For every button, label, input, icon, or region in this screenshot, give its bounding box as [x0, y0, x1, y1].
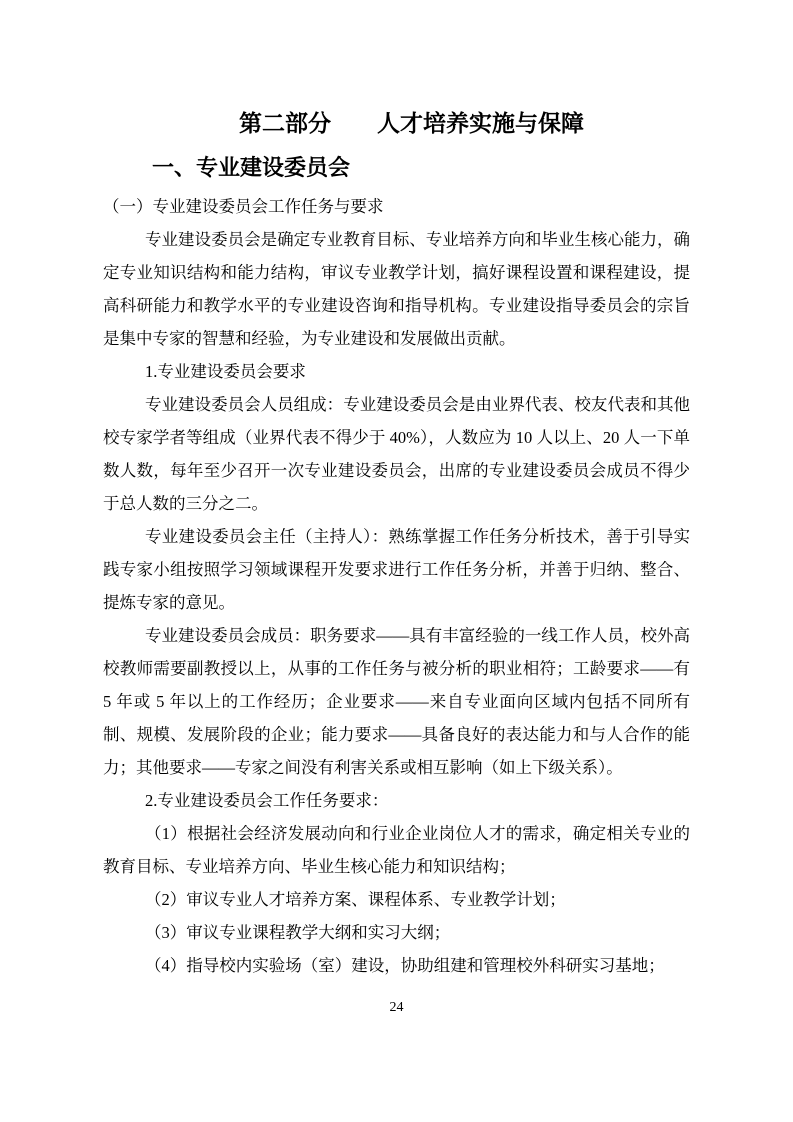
document-body: （一）专业建设委员会工作任务与要求 专业建设委员会是确定专业教育目标、专业培养方…	[103, 190, 690, 982]
section-heading: 一、专业建设委员会	[103, 152, 690, 184]
paragraph-chair-requirements: 专业建设委员会主任（主持人）：熟练掌握工作任务分析技术，善于引导实践专家小组按照…	[103, 520, 690, 619]
task-item-4: （4）指导校内实验场（室）建设，协助组建和管理校外科研实习基地；	[103, 949, 690, 982]
task-item-1: （1）根据社会经济发展动向和行业企业岗位人才的需求，确定相关专业的教育目标、专业…	[103, 817, 690, 883]
document-title: 第二部分 人才培养实施与保障	[103, 106, 690, 140]
paragraph-member-requirements: 专业建设委员会成员：职务要求——具有丰富经验的一线工作人员，校外高校教师需要副教…	[103, 619, 690, 784]
paragraph-member-composition: 专业建设委员会人员组成：专业建设委员会是由业界代表、校友代表和其他校专家学者等组…	[103, 388, 690, 520]
subsection-heading: （一）专业建设委员会工作任务与要求	[103, 190, 690, 223]
task-item-2: （2）审议专业人才培养方案、课程体系、专业教学计划；	[103, 883, 690, 916]
document-page: 第二部分 人才培养实施与保障 一、专业建设委员会 （一）专业建设委员会工作任务与…	[0, 0, 793, 1122]
list-heading-tasks: 2.专业建设委员会工作任务要求：	[103, 784, 690, 817]
page-number: 24	[0, 998, 793, 1018]
list-heading-requirements: 1.专业建设委员会要求	[103, 355, 690, 388]
paragraph-committee-intro: 专业建设委员会是确定专业教育目标、专业培养方向和毕业生核心能力，确定专业知识结构…	[103, 223, 690, 355]
task-item-3: （3）审议专业课程教学大纲和实习大纲；	[103, 916, 690, 949]
